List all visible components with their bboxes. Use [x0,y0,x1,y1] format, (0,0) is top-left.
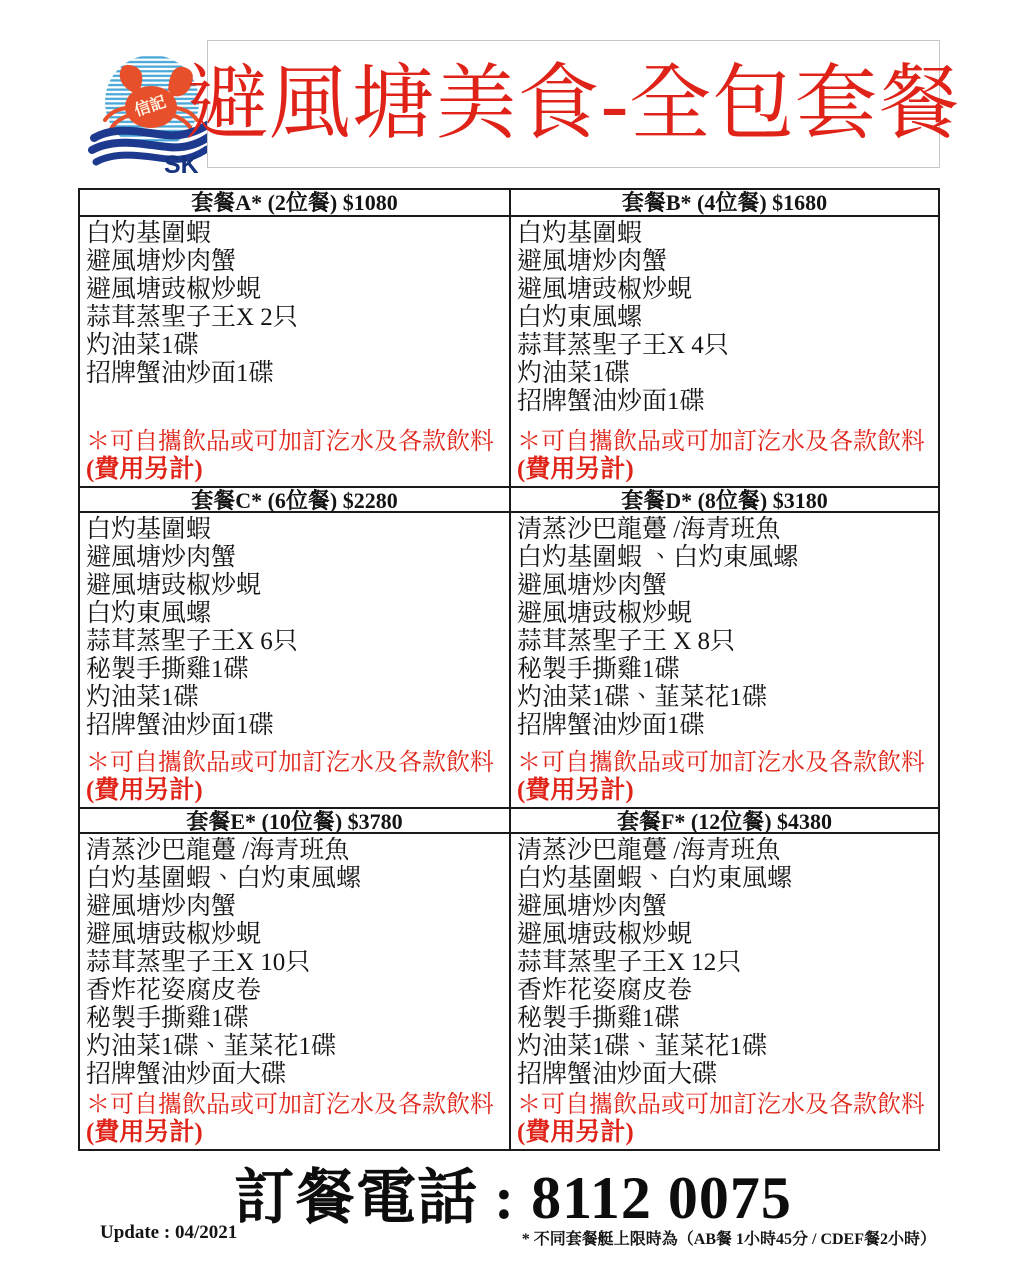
drinks-note-line2: (費用另計) [517,1119,930,1146]
menu-item: 白灼基圍蝦 、白灼東風螺 [517,544,930,572]
menu-item: 蒜茸蒸聖子王X 2只 [86,304,501,332]
drinks-note: ＊可自攜飲品或可加訂汔水及各款飲料 (費用另計) [517,750,930,804]
menu-item: 蒜茸蒸聖子王X 6只 [86,628,501,656]
menu-item: 白灼東風螺 [517,304,930,332]
menu-item: 避風塘豉椒炒蜆 [517,921,930,949]
menu-item: 灼油菜1碟 [86,684,501,712]
set-d-cell: 清蒸沙巴龍躉 /海青班魚 白灼基圍蝦 、白灼東風螺 避風塘炒肉蟹 避風塘豉椒炒蜆… [509,513,938,807]
menu-item: 灼油菜1碟、韮菜花1碟 [86,1033,501,1061]
drinks-note-line1: ＊可自攜飲品或可加訂汔水及各款飲料 [517,750,930,777]
menu-item: 避風塘炒肉蟹 [517,893,930,921]
set-d-header: 套餐D* (8位餐) $3180 [509,486,938,513]
menu-item: 秘製手撕雞1碟 [517,1005,930,1033]
set-c-cell: 白灼基圍蝦 避風塘炒肉蟹 避風塘豉椒炒蜆 白灼東風螺 蒜茸蒸聖子王X 6只 秘製… [80,513,509,807]
drinks-note-line2: (費用另計) [517,456,930,483]
drinks-note-line2: (費用另計) [517,777,930,804]
page-title: 避風塘美食-全包套餐 [186,63,961,145]
menu-item: 香炸花姿腐皮卷 [86,977,501,1005]
title-box: 避風塘美食-全包套餐 [207,40,940,168]
drinks-note-line1: ＊可自攜飲品或可加訂汔水及各款飲料 [517,429,930,456]
set-c-header: 套餐C* (6位餐) $2280 [80,486,509,513]
menu-item: 避風塘炒肉蟹 [86,248,501,276]
set-b-header: 套餐B* (4位餐) $1680 [509,190,938,217]
menu-flyer-page: 信記 SK 避風塘美食-全包套餐 套餐A* (2位餐) $1080 套餐B* (… [0,0,1026,1280]
drinks-note: ＊可自攜飲品或可加訂汔水及各款飲料 (費用另計) [86,429,501,483]
menu-item: 灼油菜1碟 [517,360,930,388]
menu-item: 避風塘炒肉蟹 [86,893,501,921]
menu-item: 秘製手撕雞1碟 [517,656,930,684]
drinks-note-line2: (費用另計) [86,456,501,483]
menu-item: 招牌蟹油炒面1碟 [517,388,930,416]
set-f-cell: 清蒸沙巴龍躉 /海青班魚 白灼基圍蝦、白灼東風螺 避風塘炒肉蟹 避風塘豉椒炒蜆 … [509,834,938,1149]
drinks-note-line2: (費用另計) [86,777,501,804]
menu-item: 招牌蟹油炒面1碟 [86,712,501,740]
menu-item: 避風塘豉椒炒蜆 [517,276,930,304]
set-f-header: 套餐F* (12位餐) $4380 [509,807,938,834]
set-e-header: 套餐E* (10位餐) $3780 [80,807,509,834]
menu-item: 招牌蟹油炒面1碟 [86,360,501,388]
menu-item: 招牌蟹油炒面1碟 [517,712,930,740]
menu-item: 清蒸沙巴龍躉 /海青班魚 [517,516,930,544]
menu-item: 白灼基圍蝦、白灼東風螺 [517,865,930,893]
menu-item: 灼油菜1碟、韮菜花1碟 [517,684,930,712]
drinks-note-line1: ＊可自攜飲品或可加訂汔水及各款飲料 [86,1092,501,1119]
drinks-note: ＊可自攜飲品或可加訂汔水及各款飲料 (費用另計) [86,1092,501,1146]
update-date: Update : 04/2021 [100,1222,237,1244]
menu-item: 白灼基圍蝦 [517,220,930,248]
drinks-note-line1: ＊可自攜飲品或可加訂汔水及各款飲料 [86,750,501,777]
drinks-note-line1: ＊可自攜飲品或可加訂汔水及各款飲料 [86,429,501,456]
menu-item: 招牌蟹油炒面大碟 [517,1061,930,1089]
menu-item: 白灼基圍蝦 [86,516,501,544]
menu-item: 秘製手撕雞1碟 [86,1005,501,1033]
menu-item: 避風塘豉椒炒蜆 [86,276,501,304]
drinks-note: ＊可自攜飲品或可加訂汔水及各款飲料 (費用另計) [517,1092,930,1146]
logo-brand-initials: SK [164,151,199,178]
drinks-note: ＊可自攜飲品或可加訂汔水及各款飲料 (費用另計) [517,429,930,483]
set-a-header: 套餐A* (2位餐) $1080 [80,190,509,217]
menu-item: 清蒸沙巴龍躉 /海青班魚 [86,837,501,865]
menu-item: 蒜茸蒸聖子王 X 8只 [517,628,930,656]
menu-item: 避風塘豉椒炒蜆 [517,600,930,628]
menu-item: 避風塘炒肉蟹 [517,572,930,600]
drinks-note-line1: ＊可自攜飲品或可加訂汔水及各款飲料 [517,1092,930,1119]
menu-item: 白灼基圍蝦 [86,220,501,248]
menu-item: 清蒸沙巴龍躉 /海青班魚 [517,837,930,865]
menu-item: 香炸花姿腐皮卷 [517,977,930,1005]
menu-item: 避風塘炒肉蟹 [86,544,501,572]
menu-item: 蒜茸蒸聖子王X 4只 [517,332,930,360]
menu-item: 蒜茸蒸聖子王X 12只 [517,949,930,977]
drinks-note-line2: (費用另計) [86,1119,501,1146]
drinks-note: ＊可自攜飲品或可加訂汔水及各款飲料 (費用另計) [86,750,501,804]
menu-item: 避風塘豉椒炒蜆 [86,572,501,600]
set-b-cell: 白灼基圍蝦 避風塘炒肉蟹 避風塘豉椒炒蜆 白灼東風螺 蒜茸蒸聖子王X 4只 灼油… [509,217,938,486]
set-a-cell: 白灼基圍蝦 避風塘炒肉蟹 避風塘豉椒炒蜆 蒜茸蒸聖子王X 2只 灼油菜1碟 招牌… [80,217,509,486]
menu-item: 灼油菜1碟、韮菜花1碟 [517,1033,930,1061]
menu-item: 避風塘炒肉蟹 [517,248,930,276]
menu-item: 避風塘豉椒炒蜆 [86,921,501,949]
menu-item: 蒜茸蒸聖子王X 10只 [86,949,501,977]
menu-item: 灼油菜1碟 [86,332,501,360]
set-menu-table: 套餐A* (2位餐) $1080 套餐B* (4位餐) $1680 白灼基圍蝦 … [78,188,940,1151]
set-e-cell: 清蒸沙巴龍躉 /海青班魚 白灼基圍蝦、白灼東風螺 避風塘炒肉蟹 避風塘豉椒炒蜆 … [80,834,509,1149]
menu-item: 白灼基圍蝦、白灼東風螺 [86,865,501,893]
time-limit-footnote: * 不同套餐艇上限時為（AB餐 1小時45分 / CDEF餐2小時） [522,1226,936,1249]
menu-item: 秘製手撕雞1碟 [86,656,501,684]
menu-item: 招牌蟹油炒面大碟 [86,1061,501,1089]
menu-item: 白灼東風螺 [86,600,501,628]
